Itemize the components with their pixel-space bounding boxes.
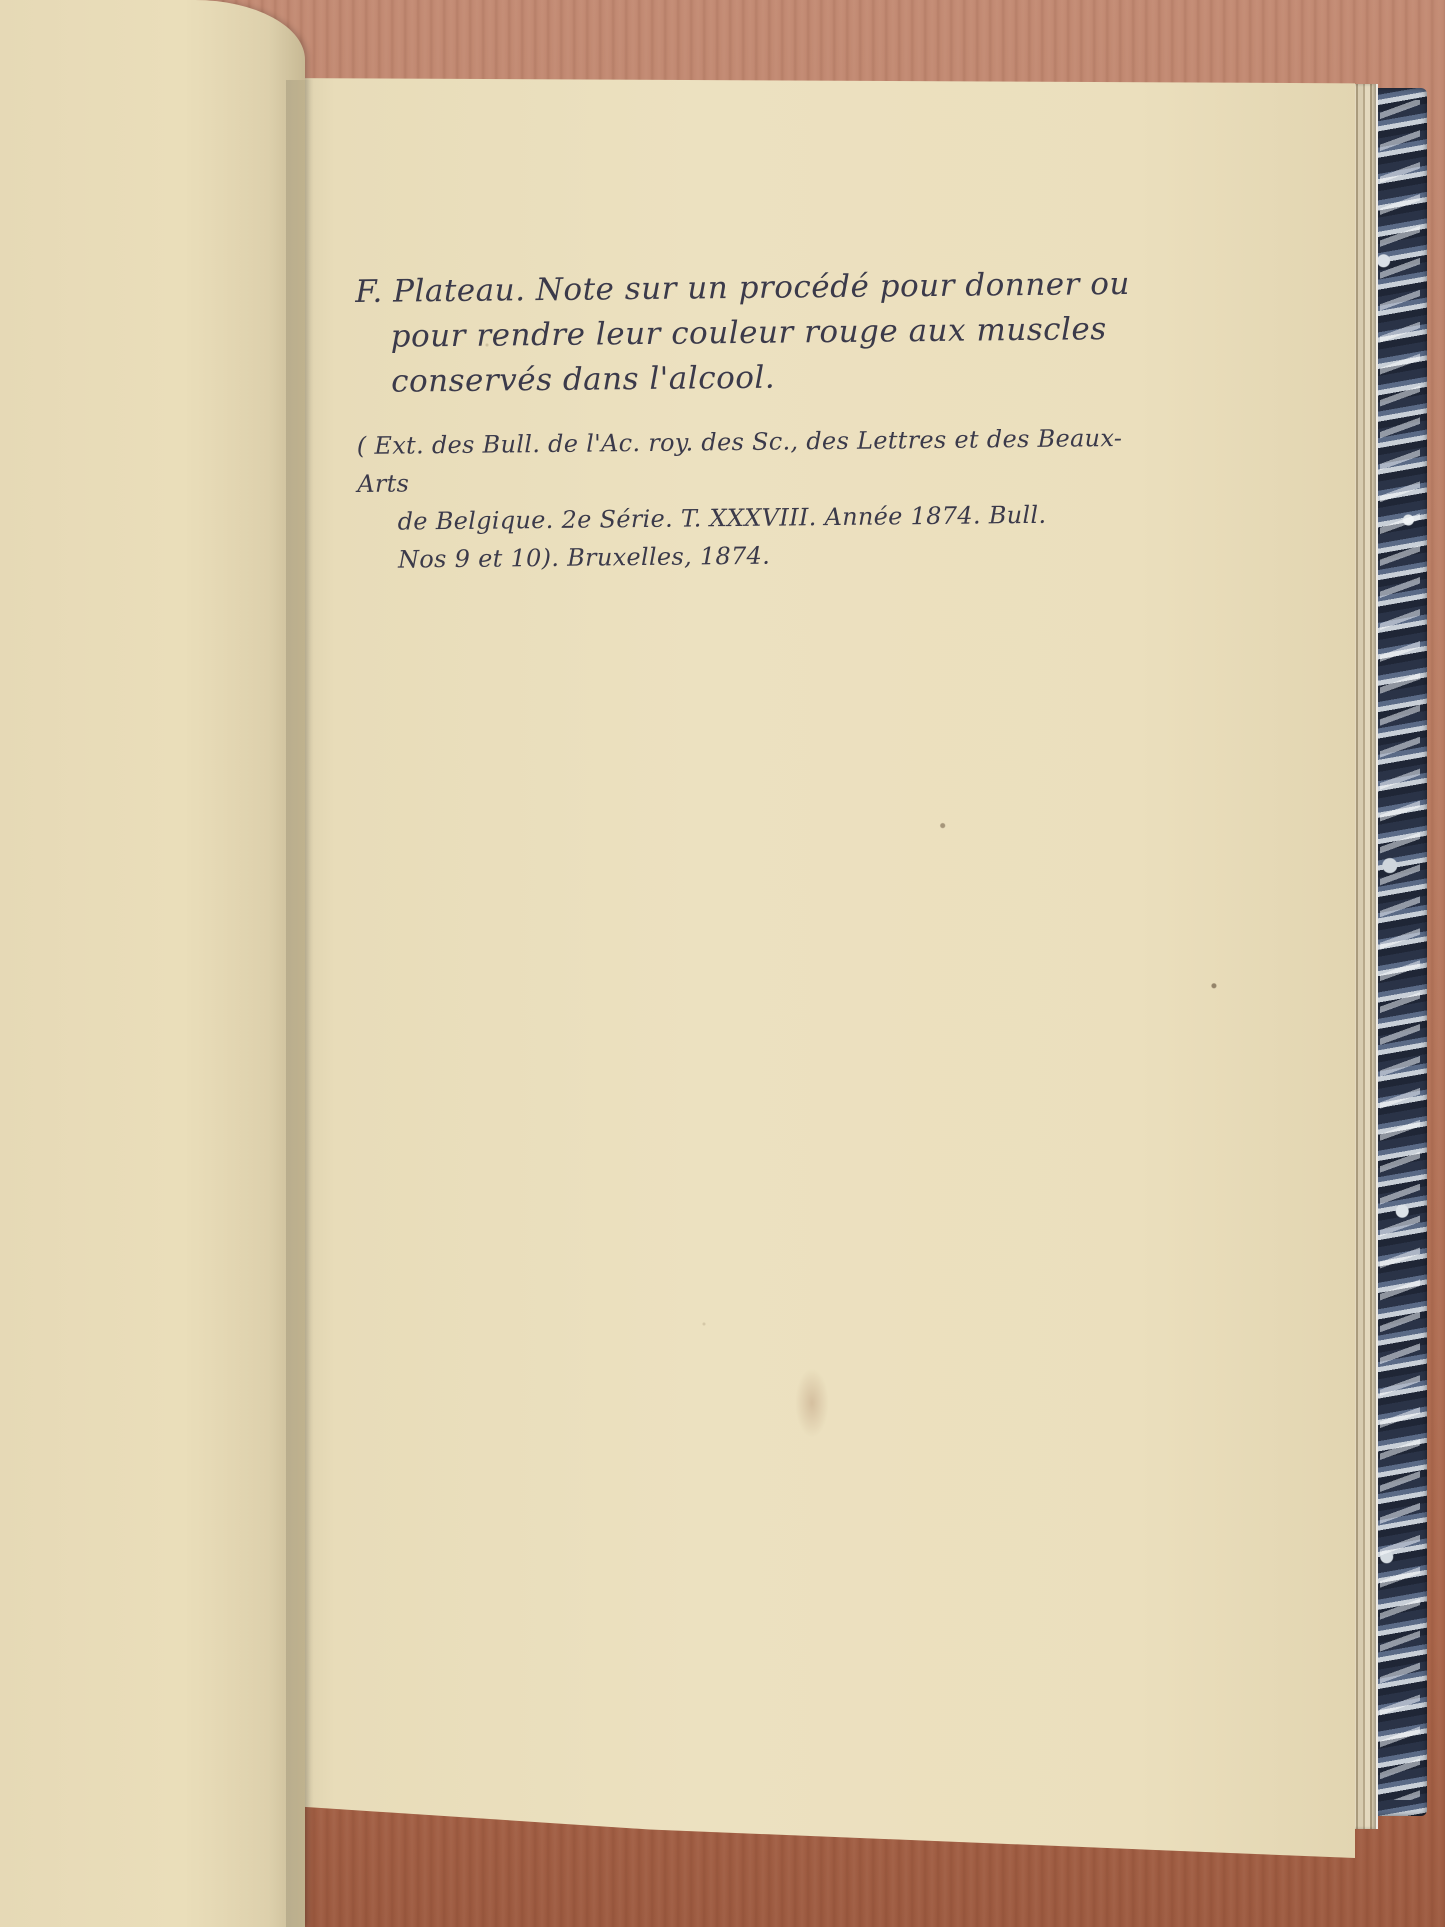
title-line-3: conservés dans l'alcool.: [356, 352, 1146, 405]
left-page-curled: [0, 0, 305, 1927]
note-citation: ( Ext. des Bull. de l'Ac. roy. des Sc., …: [357, 419, 1149, 579]
note-title: F. Plateau. Note sur un procédé pour don…: [355, 262, 1146, 405]
paper-stain: [795, 1368, 829, 1438]
citation-line-1: ( Ext. des Bull. de l'Ac. roy. des Sc., …: [357, 419, 1148, 503]
title-line-2: pour rendre leur couleur rouge aux muscl…: [355, 307, 1145, 360]
gutter-shadow: [286, 80, 314, 1927]
handwritten-note: F. Plateau. Note sur un procédé pour don…: [355, 262, 1148, 579]
